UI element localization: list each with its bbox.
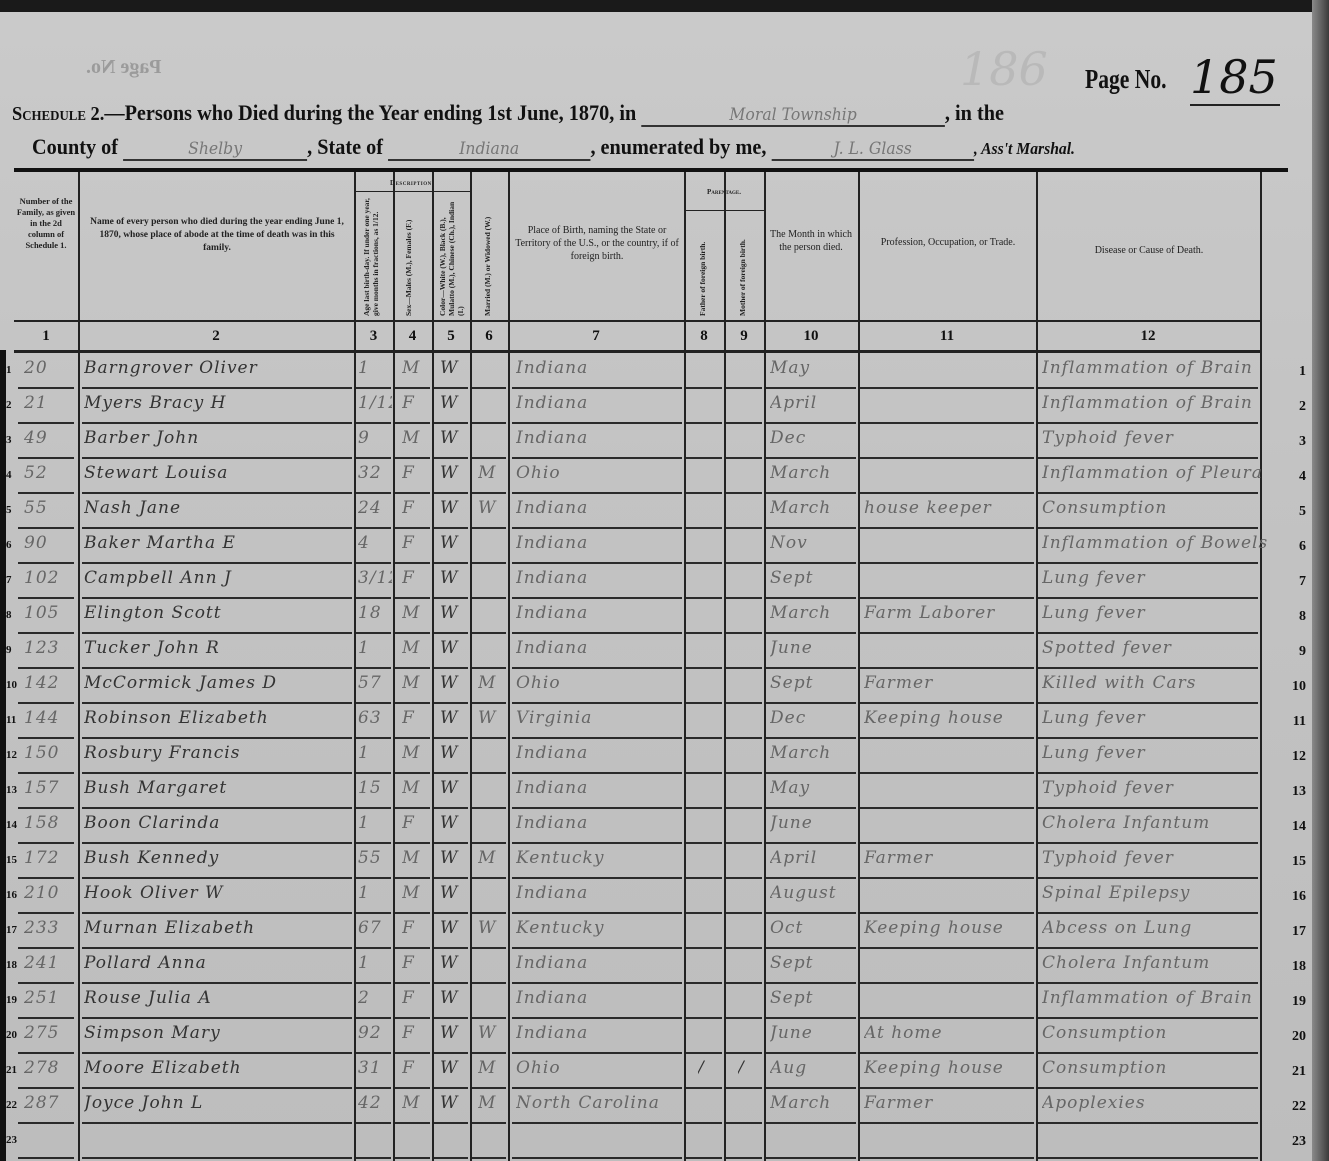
column-number-6: 6 xyxy=(470,328,508,345)
birthplace-cell: Indiana xyxy=(516,988,682,1008)
sex-cell: F xyxy=(402,1023,430,1043)
sex-cell: F xyxy=(402,953,430,973)
month-cell: May xyxy=(770,778,856,798)
header-color: Color—White (W.), Black (B.), Mulatto (M… xyxy=(438,196,466,316)
table-row: 4 52 Stewart Louisa 32 F W M Ohio March … xyxy=(14,459,1288,494)
cause-cell: Consumption xyxy=(1042,498,1272,518)
cause-cell: Typhoid fever xyxy=(1042,848,1272,868)
age-cell: 1 xyxy=(358,953,392,973)
age-cell: 1/12 xyxy=(358,393,392,413)
line-number-left: 21 xyxy=(6,1064,17,1076)
table-row: 21 278 Moore Elizabeth 31 F W M Ohio / /… xyxy=(14,1054,1288,1089)
birthplace-cell: Indiana xyxy=(516,498,682,518)
family-number-cell: 275 xyxy=(24,1023,76,1043)
name-cell: Murnan Elizabeth xyxy=(84,918,352,938)
cause-cell: Lung fever xyxy=(1042,568,1272,588)
column-number-7: 7 xyxy=(508,328,684,345)
cause-cell: Abcess on Lung xyxy=(1042,918,1272,938)
header-name: Name of every person who died during the… xyxy=(88,216,346,255)
column-number-3: 3 xyxy=(354,328,393,345)
page-number-value: 185 xyxy=(1190,50,1280,106)
line-number-right: 20 xyxy=(1276,1029,1306,1045)
line-number-right: 23 xyxy=(1276,1134,1306,1150)
cause-cell: Lung fever xyxy=(1042,603,1272,623)
name-cell: Elington Scott xyxy=(84,603,352,623)
table-row: 9 123 Tucker John R 1 M W Indiana June S… xyxy=(14,634,1288,669)
age-cell: 1 xyxy=(358,813,392,833)
month-cell: Sept xyxy=(770,988,856,1008)
month-cell: March xyxy=(770,1093,856,1113)
line-number-left: 12 xyxy=(6,749,17,761)
line-number-right: 21 xyxy=(1276,1064,1306,1080)
sex-cell: M xyxy=(402,848,430,868)
table-row: 1 20 Barngrover Oliver 1 M W Indiana May… xyxy=(14,354,1288,389)
schedule-title: Schedule 2.—Persons who Died during the … xyxy=(12,100,1004,127)
birthplace-cell: Indiana xyxy=(516,393,682,413)
age-cell: 4 xyxy=(358,533,392,553)
age-cell: 31 xyxy=(358,1058,392,1078)
family-number-cell: 172 xyxy=(24,848,76,868)
table-row: 13 157 Bush Margaret 15 M W Indiana May … xyxy=(14,774,1288,809)
line-number-right: 1 xyxy=(1276,364,1306,380)
name-cell: Rouse Julia A xyxy=(84,988,352,1008)
month-cell: May xyxy=(770,358,856,378)
color-cell: W xyxy=(440,918,468,938)
header-parentage: Parentage. xyxy=(684,186,764,199)
color-cell: W xyxy=(440,393,468,413)
age-cell: 15 xyxy=(358,778,392,798)
family-number-cell: 21 xyxy=(24,393,76,413)
line-number-left: 15 xyxy=(6,854,17,866)
birthplace-cell: Indiana xyxy=(516,533,682,553)
column-number-9: 9 xyxy=(724,328,764,345)
color-cell: W xyxy=(440,813,468,833)
name-cell: Barngrover Oliver xyxy=(84,358,352,378)
line-number-right: 19 xyxy=(1276,994,1306,1010)
father-foreign-cell: / xyxy=(698,1058,722,1078)
header-occupation: Profession, Occupation, or Trade. xyxy=(876,236,1020,249)
header-married: Married (M.) or Widowed (W.) xyxy=(483,178,495,316)
family-number-cell: 157 xyxy=(24,778,76,798)
birthplace-cell: Indiana xyxy=(516,813,682,833)
name-cell: Stewart Louisa xyxy=(84,463,352,483)
line-number-left: 16 xyxy=(6,889,17,901)
line-number-left: 14 xyxy=(6,819,17,831)
sex-cell: F xyxy=(402,708,430,728)
age-cell: 9 xyxy=(358,428,392,448)
name-cell: Bush Kennedy xyxy=(84,848,352,868)
table-row: 19 251 Rouse Julia A 2 F W Indiana Sept … xyxy=(14,984,1288,1019)
header-family-number: Number of the Family, as given in the 2d… xyxy=(16,196,76,251)
sex-cell: F xyxy=(402,568,430,588)
cause-cell: Killed with Cars xyxy=(1042,673,1272,693)
age-cell: 1 xyxy=(358,358,392,378)
bleed-through-page-label: Page No. xyxy=(86,56,162,79)
month-cell: Sept xyxy=(770,953,856,973)
married-cell: M xyxy=(478,673,506,693)
color-cell: W xyxy=(440,1023,468,1043)
enumerated-label: , enumerated by me, xyxy=(590,134,766,159)
sex-cell: M xyxy=(402,743,430,763)
header-cause: Disease or Cause of Death. xyxy=(1044,244,1254,257)
family-number-cell: 158 xyxy=(24,813,76,833)
state-label: , State of xyxy=(307,134,383,159)
color-cell: W xyxy=(440,708,468,728)
line-number-left: 4 xyxy=(6,469,12,481)
age-cell: 3/12 xyxy=(358,568,392,588)
table-row: 5 55 Nash Jane 24 F W W Indiana March ho… xyxy=(14,494,1288,529)
column-number-12: 12 xyxy=(1036,328,1260,345)
sex-cell: F xyxy=(402,918,430,938)
column-number-2: 2 xyxy=(78,328,354,345)
name-cell: Simpson Mary xyxy=(84,1023,352,1043)
cause-cell: Typhoid fever xyxy=(1042,778,1272,798)
color-cell: W xyxy=(440,463,468,483)
family-number-cell: 105 xyxy=(24,603,76,623)
schedule-number: Schedule 2. xyxy=(12,103,104,125)
line-number-right: 11 xyxy=(1276,714,1306,730)
name-cell: Campbell Ann J xyxy=(84,568,352,588)
married-cell: W xyxy=(478,708,506,728)
birthplace-cell: Indiana xyxy=(516,743,682,763)
family-number-cell: 278 xyxy=(24,1058,76,1078)
name-cell: Tucker John R xyxy=(84,638,352,658)
line-number-left: 13 xyxy=(6,784,17,796)
name-cell: Barber John xyxy=(84,428,352,448)
marshal-label: , Ass't Marshal. xyxy=(974,139,1075,158)
month-cell: Nov xyxy=(770,533,856,553)
sex-cell: F xyxy=(402,1058,430,1078)
table-row: 20 275 Simpson Mary 92 F W W Indiana Jun… xyxy=(14,1019,1288,1054)
line-number-left: 9 xyxy=(6,644,12,656)
header-description: Description. xyxy=(354,177,470,190)
age-cell: 1 xyxy=(358,638,392,658)
scan-right-edge xyxy=(1312,0,1329,1161)
month-cell: June xyxy=(770,813,856,833)
line-number-left: 18 xyxy=(6,959,17,971)
sex-cell: F xyxy=(402,463,430,483)
cause-cell: Inflammation of Brain xyxy=(1042,988,1272,1008)
line-number-right: 9 xyxy=(1276,644,1306,660)
name-cell: Pollard Anna xyxy=(84,953,352,973)
family-number-cell: 20 xyxy=(24,358,76,378)
family-number-cell: 144 xyxy=(24,708,76,728)
month-cell: March xyxy=(770,463,856,483)
age-cell: 67 xyxy=(358,918,392,938)
birthplace-cell: Ohio xyxy=(516,1058,682,1078)
table-row: 22 287 Joyce John L 42 M W M North Carol… xyxy=(14,1089,1288,1124)
line-number-right: 18 xyxy=(1276,959,1306,975)
birthplace-cell: Indiana xyxy=(516,603,682,623)
occupation-cell: Keeping house xyxy=(864,918,1034,938)
line-number-right: 5 xyxy=(1276,504,1306,520)
occupation-cell: Farmer xyxy=(864,848,1034,868)
line-number-left: 1 xyxy=(6,364,12,376)
line-number-right: 4 xyxy=(1276,469,1306,485)
sex-cell: M xyxy=(402,603,430,623)
cause-cell: Cholera Infantum xyxy=(1042,953,1272,973)
birthplace-cell: Indiana xyxy=(516,1023,682,1043)
color-cell: W xyxy=(440,743,468,763)
age-cell: 18 xyxy=(358,603,392,623)
color-cell: W xyxy=(440,568,468,588)
line-number-left: 11 xyxy=(6,714,16,726)
age-cell: 24 xyxy=(358,498,392,518)
enumerator-field: J. L. Glass xyxy=(771,139,973,161)
line-number-left: 8 xyxy=(6,609,12,621)
month-cell: Aug xyxy=(770,1058,856,1078)
family-number-cell: 233 xyxy=(24,918,76,938)
table-row: 2 21 Myers Bracy H 1/12 F W Indiana Apri… xyxy=(14,389,1288,424)
month-cell: March xyxy=(770,603,856,623)
family-number-cell: 150 xyxy=(24,743,76,763)
color-cell: W xyxy=(440,428,468,448)
line-number-right: 17 xyxy=(1276,924,1306,940)
line-number-left: 7 xyxy=(6,574,12,586)
color-cell: W xyxy=(440,358,468,378)
line-number-right: 14 xyxy=(1276,819,1306,835)
birthplace-cell: Indiana xyxy=(516,883,682,903)
occupation-cell: At home xyxy=(864,1023,1034,1043)
color-cell: W xyxy=(440,533,468,553)
line-number-right: 16 xyxy=(1276,889,1306,905)
schedule-description: —Persons who Died during the Year ending… xyxy=(104,100,636,125)
age-cell: 32 xyxy=(358,463,392,483)
birthplace-cell: Indiana xyxy=(516,358,682,378)
month-cell: April xyxy=(770,393,856,413)
line-number-left: 20 xyxy=(6,1029,17,1041)
sex-cell: M xyxy=(402,358,430,378)
line-number-right: 2 xyxy=(1276,399,1306,415)
line-number-left: 2 xyxy=(6,399,12,411)
age-cell: 92 xyxy=(358,1023,392,1043)
table-row: 12 150 Rosbury Francis 1 M W Indiana Mar… xyxy=(14,739,1288,774)
age-cell: 1 xyxy=(358,743,392,763)
month-cell: June xyxy=(770,1023,856,1043)
occupation-cell: Keeping house xyxy=(864,1058,1034,1078)
mortality-table: Number of the Family, as given in the 2d… xyxy=(14,168,1288,1161)
birthplace-cell: North Carolina xyxy=(516,1093,682,1113)
cause-cell: Cholera Infantum xyxy=(1042,813,1272,833)
occupation-cell: Keeping house xyxy=(864,708,1034,728)
month-cell: August xyxy=(770,883,856,903)
line-number-left: 6 xyxy=(6,539,12,551)
column-number-1: 1 xyxy=(14,328,78,345)
bleed-through-page-number: 186 xyxy=(960,42,1048,96)
cause-cell: Inflammation of Brain xyxy=(1042,393,1272,413)
birthplace-cell: Indiana xyxy=(516,778,682,798)
family-number-cell: 123 xyxy=(24,638,76,658)
table-row: 10 142 McCormick James D 57 M W M Ohio S… xyxy=(14,669,1288,704)
sex-cell: M xyxy=(402,673,430,693)
table-row: 14 158 Boon Clarinda 1 F W Indiana June … xyxy=(14,809,1288,844)
mother-foreign-cell: / xyxy=(738,1058,762,1078)
state-field: Indiana xyxy=(388,139,590,161)
table-row: 3 49 Barber John 9 M W Indiana Dec Typho… xyxy=(14,424,1288,459)
cause-cell: Typhoid fever xyxy=(1042,428,1272,448)
family-number-cell: 241 xyxy=(24,953,76,973)
family-number-cell: 210 xyxy=(24,883,76,903)
line-number-right: 12 xyxy=(1276,749,1306,765)
married-cell: M xyxy=(478,848,506,868)
family-number-cell: 102 xyxy=(24,568,76,588)
line-number-right: 6 xyxy=(1276,539,1306,555)
name-cell: Joyce John L xyxy=(84,1093,352,1113)
family-number-cell: 287 xyxy=(24,1093,76,1113)
occupation-cell: Farmer xyxy=(864,673,1034,693)
sex-cell: F xyxy=(402,533,430,553)
family-number-cell: 90 xyxy=(24,533,76,553)
married-cell: W xyxy=(478,498,506,518)
birthplace-cell: Kentucky xyxy=(516,918,682,938)
table-row: 15 172 Bush Kennedy 55 M W M Kentucky Ap… xyxy=(14,844,1288,879)
table-row: 16 210 Hook Oliver W 1 M W Indiana Augus… xyxy=(14,879,1288,914)
color-cell: W xyxy=(440,778,468,798)
age-cell: 2 xyxy=(358,988,392,1008)
sex-cell: M xyxy=(402,883,430,903)
month-cell: Dec xyxy=(770,428,856,448)
line-number-right: 8 xyxy=(1276,609,1306,625)
cause-cell: Consumption xyxy=(1042,1023,1272,1043)
sex-cell: F xyxy=(402,813,430,833)
header-month: The Month in which the person died. xyxy=(766,228,856,254)
header-sex: Sex—Males (M.), Females (F.) xyxy=(404,206,422,316)
cause-cell: Inflammation of Pleura xyxy=(1042,463,1272,483)
name-cell: Moore Elizabeth xyxy=(84,1058,352,1078)
name-cell: Rosbury Francis xyxy=(84,743,352,763)
birthplace-cell: Kentucky xyxy=(516,848,682,868)
page-number-label: Page No. xyxy=(1085,64,1167,95)
occupation-cell: Farmer xyxy=(864,1093,1034,1113)
month-cell: April xyxy=(770,848,856,868)
family-number-cell: 142 xyxy=(24,673,76,693)
month-cell: Sept xyxy=(770,568,856,588)
age-cell: 1 xyxy=(358,883,392,903)
married-cell: M xyxy=(478,1058,506,1078)
color-cell: W xyxy=(440,638,468,658)
cause-cell: Inflammation of Bowels xyxy=(1042,533,1272,553)
line-number-left: 17 xyxy=(6,924,17,936)
table-row: 8 105 Elington Scott 18 M W Indiana Marc… xyxy=(14,599,1288,634)
family-number-cell: 52 xyxy=(24,463,76,483)
family-number-cell: 251 xyxy=(24,988,76,1008)
month-cell: March xyxy=(770,498,856,518)
married-cell: W xyxy=(478,1023,506,1043)
birthplace-cell: Indiana xyxy=(516,638,682,658)
in-the-label: , in the xyxy=(945,100,1004,125)
month-cell: Sept xyxy=(770,673,856,693)
age-cell: 55 xyxy=(358,848,392,868)
table-row: 7 102 Campbell Ann J 3/12 F W Indiana Se… xyxy=(14,564,1288,599)
birthplace-cell: Ohio xyxy=(516,463,682,483)
age-cell: 63 xyxy=(358,708,392,728)
married-cell: M xyxy=(478,1093,506,1113)
sex-cell: M xyxy=(402,638,430,658)
name-cell: Hook Oliver W xyxy=(84,883,352,903)
month-cell: June xyxy=(770,638,856,658)
line-number-left: 3 xyxy=(6,434,12,446)
county-field: Shelby xyxy=(123,139,307,161)
county-label: County of xyxy=(32,134,118,159)
family-number-cell: 49 xyxy=(24,428,76,448)
cause-cell: Apoplexies xyxy=(1042,1093,1272,1113)
sex-cell: M xyxy=(402,428,430,448)
color-cell: W xyxy=(440,1093,468,1113)
color-cell: W xyxy=(440,603,468,623)
table-row: 17 233 Murnan Elizabeth 67 F W W Kentuck… xyxy=(14,914,1288,949)
column-number-10: 10 xyxy=(764,328,858,345)
color-cell: W xyxy=(440,988,468,1008)
name-cell: McCormick James D xyxy=(84,673,352,693)
color-cell: W xyxy=(440,673,468,693)
married-cell: W xyxy=(478,918,506,938)
age-cell: 42 xyxy=(358,1093,392,1113)
family-number-cell: 55 xyxy=(24,498,76,518)
birthplace-cell: Indiana xyxy=(516,428,682,448)
sex-cell: M xyxy=(402,1093,430,1113)
table-row: 23 23 xyxy=(14,1124,1288,1159)
line-number-right: 13 xyxy=(1276,784,1306,800)
line-number-right: 10 xyxy=(1276,679,1306,695)
line-number-right: 15 xyxy=(1276,854,1306,870)
line-number-left: 22 xyxy=(6,1099,17,1111)
line-number-right: 22 xyxy=(1276,1099,1306,1115)
table-row: 11 144 Robinson Elizabeth 63 F W W Virgi… xyxy=(14,704,1288,739)
column-number-4: 4 xyxy=(393,328,432,345)
header-age: Age last birth-day. If under one year, g… xyxy=(362,196,386,316)
cause-cell: Consumption xyxy=(1042,1058,1272,1078)
column-number-8: 8 xyxy=(684,328,724,345)
color-cell: W xyxy=(440,953,468,973)
line-number-right: 7 xyxy=(1276,574,1306,590)
line-number-right: 3 xyxy=(1276,434,1306,450)
cause-cell: Spinal Epilepsy xyxy=(1042,883,1272,903)
table-row: 18 241 Pollard Anna 1 F W Indiana Sept C… xyxy=(14,949,1288,984)
sex-cell: F xyxy=(402,498,430,518)
sex-cell: F xyxy=(402,988,430,1008)
name-cell: Boon Clarinda xyxy=(84,813,352,833)
birthplace-cell: Virginia xyxy=(516,708,682,728)
name-cell: Bush Margaret xyxy=(84,778,352,798)
color-cell: W xyxy=(440,883,468,903)
cause-cell: Spotted fever xyxy=(1042,638,1272,658)
name-cell: Myers Bracy H xyxy=(84,393,352,413)
age-cell: 57 xyxy=(358,673,392,693)
sex-cell: M xyxy=(402,778,430,798)
color-cell: W xyxy=(440,1058,468,1078)
cause-cell: Inflammation of Brain xyxy=(1042,358,1272,378)
name-cell: Robinson Elizabeth xyxy=(84,708,352,728)
month-cell: Dec xyxy=(770,708,856,728)
birthplace-cell: Indiana xyxy=(516,568,682,588)
color-cell: W xyxy=(440,848,468,868)
line-number-left: 23 xyxy=(6,1134,17,1146)
location-line: County of Shelby, State of Indiana, enum… xyxy=(32,134,1075,161)
name-cell: Nash Jane xyxy=(84,498,352,518)
line-number-left: 5 xyxy=(6,504,12,516)
cause-cell: Lung fever xyxy=(1042,743,1272,763)
occupation-cell: house keeper xyxy=(864,498,1034,518)
name-cell: Baker Martha E xyxy=(84,533,352,553)
column-number-11: 11 xyxy=(858,328,1036,345)
cause-cell: Lung fever xyxy=(1042,708,1272,728)
occupation-cell: Farm Laborer xyxy=(864,603,1034,623)
birthplace-cell: Ohio xyxy=(516,673,682,693)
birthplace-cell: Indiana xyxy=(516,953,682,973)
color-cell: W xyxy=(440,498,468,518)
header-birthplace: Place of Birth, naming the State or Terr… xyxy=(512,224,682,263)
column-number-5: 5 xyxy=(432,328,470,345)
